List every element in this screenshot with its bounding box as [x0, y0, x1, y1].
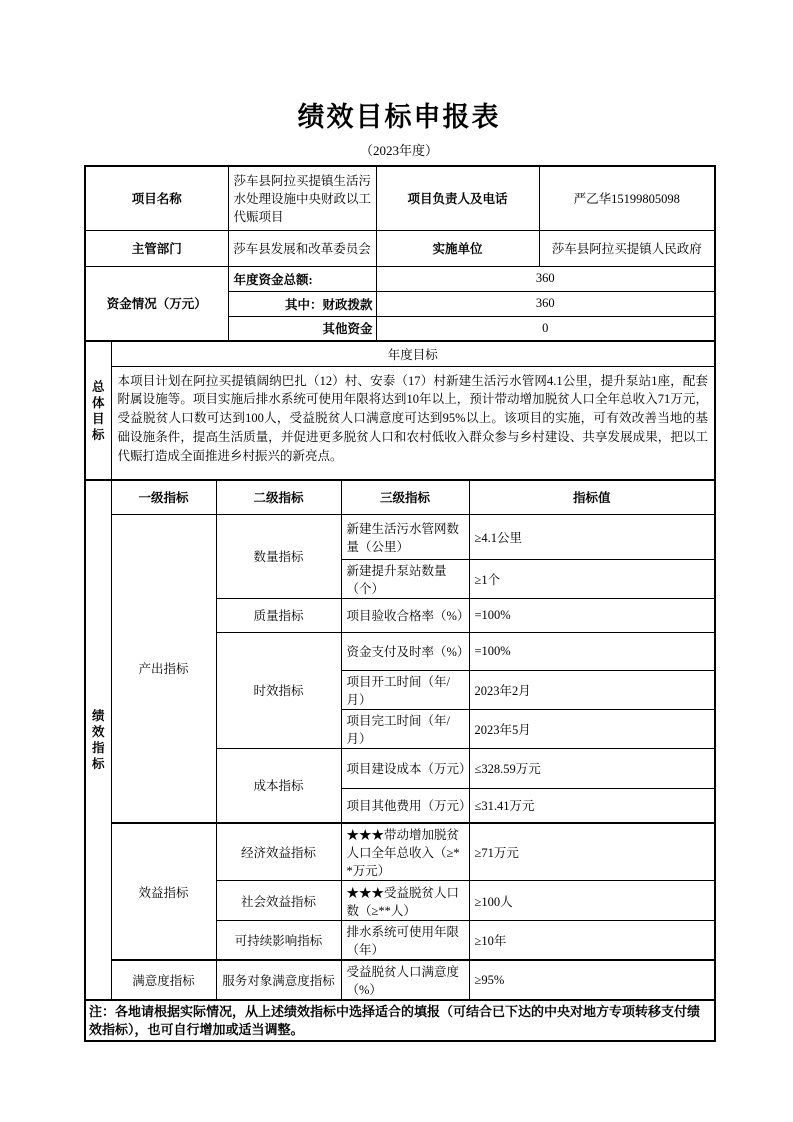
indicator-value-cell: ≤31.41万元 — [469, 788, 715, 823]
manager-label: 项目负责人及电话 — [376, 166, 539, 230]
level2-social: 社会效益指标 — [216, 881, 341, 921]
indicator-name-cell: 项目开工时间（年/月） — [341, 670, 469, 709]
indicator-name-cell: 项目验收合格率（%） — [341, 598, 469, 632]
indicator-value-cell: ≥4.1公里 — [469, 514, 715, 559]
indicator-name-cell: 项目其他费用（万元） — [341, 788, 469, 823]
overall-goal-table: 总体 目标 年度目标 本项目计划在阿拉买提镇阔纳巴扎（12）村、安泰（17）村新… — [84, 340, 716, 481]
funding-other-value: 0 — [376, 316, 715, 341]
header-level1: 一级指标 — [111, 480, 216, 514]
overall-goal-side-label: 总体 目标 — [85, 341, 111, 480]
indicators-side-label: 绩效 指标 — [85, 480, 111, 1000]
page-subtitle: （2023年度） — [84, 137, 714, 165]
indicator-name-cell: 资金支付及时率（%） — [341, 632, 469, 670]
level2-quantity: 数量指标 — [216, 514, 341, 598]
funding-fiscal-label: 其中：财政拨款 — [228, 291, 376, 316]
indicator-value-cell: =100% — [469, 632, 715, 670]
level2-cost: 成本指标 — [216, 748, 341, 823]
indicator-name-cell: 项目建设成本（万元） — [341, 748, 469, 788]
indicator-value-cell: ≥100人 — [469, 881, 715, 921]
project-info-table: 项目名称 莎车县阿拉买提镇生活污水处理设施中央财政以工代赈项目 项目负责人及电话… — [84, 165, 716, 342]
project-name-label: 项目名称 — [85, 166, 228, 230]
level1-output: 产出指标 — [111, 514, 216, 823]
indicator-value-cell: ≥71万元 — [469, 823, 715, 881]
funding-fiscal-value: 360 — [376, 291, 715, 316]
indicator-name-cell: 项目完工时间（年/月） — [341, 709, 469, 748]
level2-service: 服务对象满意度指标 — [216, 960, 341, 1000]
level1-satisfaction: 满意度指标 — [111, 960, 216, 1000]
funding-total-label: 年度资金总额: — [228, 266, 376, 291]
level2-timeliness: 时效指标 — [216, 632, 341, 748]
impl-value: 莎车县阿拉买提镇人民政府 — [539, 230, 715, 266]
annual-goal-header: 年度目标 — [111, 341, 715, 366]
impl-label: 实施单位 — [376, 230, 539, 266]
level2-economic: 经济效益指标 — [216, 823, 341, 881]
indicator-name-cell: ★★★受益脱贫人口数（≥**人） — [341, 881, 469, 921]
indicator-name-cell: 新建提升泵站数量（个） — [341, 559, 469, 598]
manager-value: 严乙华15199805098 — [539, 166, 715, 230]
indicator-value-cell: ≥10年 — [469, 921, 715, 961]
indicator-name-cell: 排水系统可使用年限（年） — [341, 921, 469, 961]
header-value: 指标值 — [469, 480, 715, 514]
funding-label: 资金情况（万元） — [85, 266, 228, 341]
indicator-name-cell: 受益脱贫人口满意度（%） — [341, 960, 469, 1000]
dept-label: 主管部门 — [85, 230, 228, 266]
indicator-name-cell: ★★★带动增加脱贫人口全年总收入（≥**万元） — [341, 823, 469, 881]
indicator-value-cell: 2023年5月 — [469, 709, 715, 748]
indicators-table: 绩效 指标 一级指标 二级指标 三级指标 指标值 产出指标 数量指标 新建生活污… — [84, 479, 716, 1001]
funding-other-label: 其他资金 — [228, 316, 376, 341]
level2-sustainability: 可持续影响指标 — [216, 921, 341, 961]
header-level3: 三级指标 — [341, 480, 469, 514]
indicator-value-cell: =100% — [469, 598, 715, 632]
indicator-value-cell: 2023年2月 — [469, 670, 715, 709]
header-level2: 二级指标 — [216, 480, 341, 514]
indicator-value-cell: ≥1个 — [469, 559, 715, 598]
indicator-value-cell: ≥95% — [469, 960, 715, 1000]
level1-benefit: 效益指标 — [111, 823, 216, 960]
annual-goal-text: 本项目计划在阿拉买提镇阔纳巴扎（12）村、安泰（17）村新建生活污水管网4.1公… — [111, 366, 715, 480]
note-table: 注：各地请根据实际情况，从上述绩效指标中选择适合的填报（可结合已下达的中央对地方… — [84, 999, 716, 1042]
dept-value: 莎车县发展和改革委员会 — [228, 230, 376, 266]
page-title: 绩效目标申报表 — [84, 0, 714, 137]
form-sheet: 绩效目标申报表 （2023年度） 项目名称 莎车县阿拉买提镇生活污水处理设施中央… — [84, 0, 714, 1042]
level2-quality: 质量指标 — [216, 598, 341, 632]
project-name-value: 莎车县阿拉买提镇生活污水处理设施中央财政以工代赈项目 — [228, 166, 376, 230]
indicator-value-cell: ≤328.59万元 — [469, 748, 715, 788]
indicator-name-cell: 新建生活污水管网数量（公里） — [341, 514, 469, 559]
funding-total-value: 360 — [376, 266, 715, 291]
footnote-text: 注：各地请根据实际情况，从上述绩效指标中选择适合的填报（可结合已下达的中央对地方… — [85, 1000, 715, 1041]
